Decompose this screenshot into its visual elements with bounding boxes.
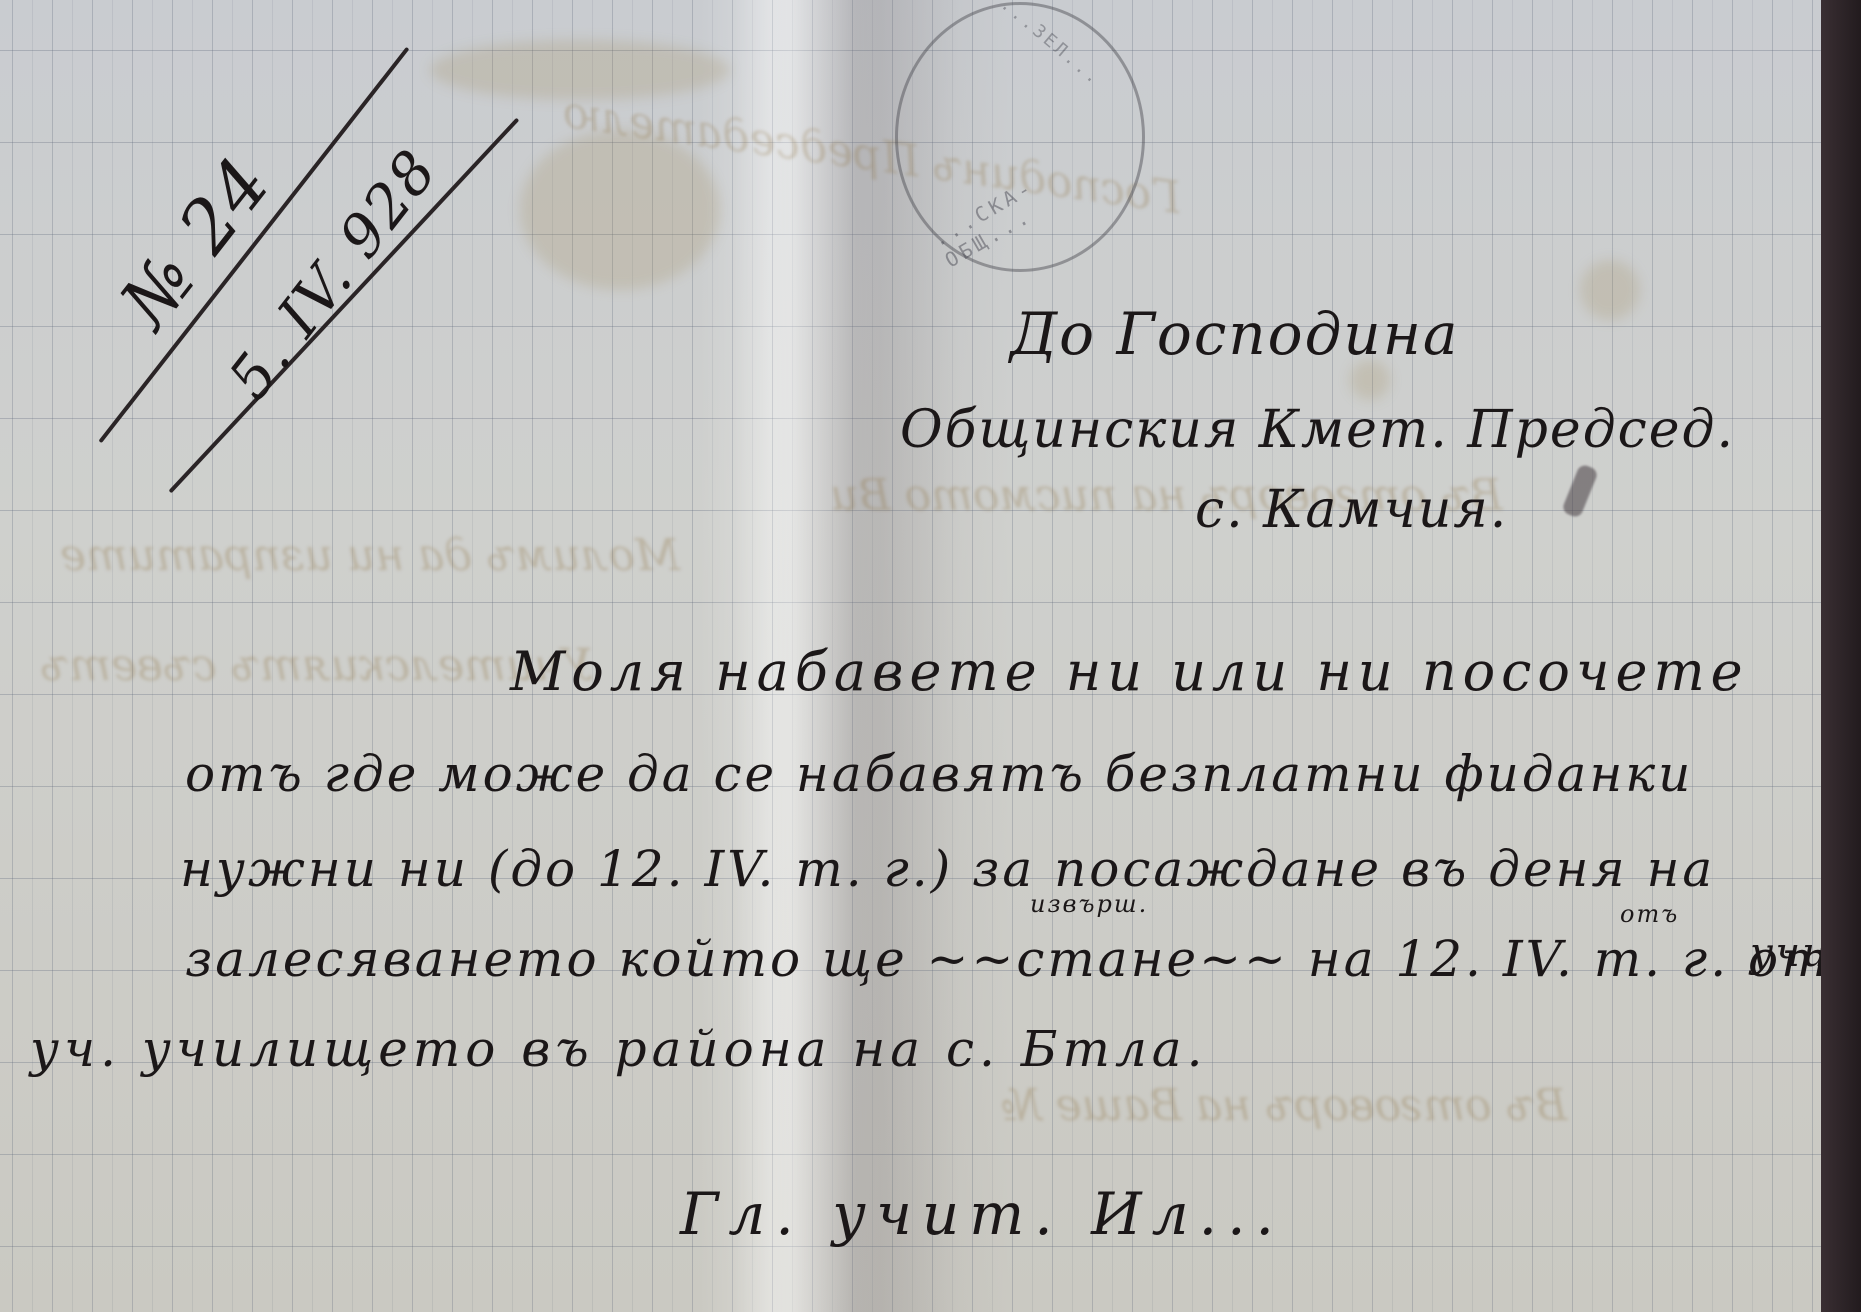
- registration-block: № 24 5. IV. 928: [90, 20, 610, 500]
- bleed-through-text: Молимъ да ни изпратите: [60, 530, 680, 581]
- body-line-3: нужни ни (до 12. IV. т. г.) за посаждане…: [180, 840, 1715, 898]
- body-line-2: отъ где може да се набавятъ безплатни фи…: [185, 745, 1693, 803]
- signature: Гл. учит. Ил...: [680, 1180, 1284, 1248]
- addressee-salutation: До Господина: [1010, 300, 1459, 368]
- official-stamp: ...ЗЕЛ... ...СКА-ОБЩ...: [895, 2, 1145, 272]
- letter-paper: Господинъ Председателю Въ отговоръ на пи…: [0, 0, 1835, 1312]
- body-line-1: Моля набавете ни или ни посочете: [510, 640, 1749, 703]
- body-insertion-note: извърш.: [1030, 890, 1148, 918]
- body-line-4: залесяването който ще ~~стане~~ на 12. I…: [185, 930, 1832, 988]
- addressee-title: Общинския Кмет. Председ.: [900, 400, 1735, 460]
- water-stain: [1580, 260, 1640, 320]
- addressee-village: с. Камчия.: [1195, 480, 1508, 540]
- body-superscript-note: отъ: [1620, 900, 1679, 928]
- photo-background-edge: [1821, 0, 1861, 1312]
- bleed-through-text: Въ отговоръ на Ваше №: [1000, 1080, 1567, 1131]
- body-line-5: уч. училището въ района на с. Бтла.: [30, 1020, 1208, 1078]
